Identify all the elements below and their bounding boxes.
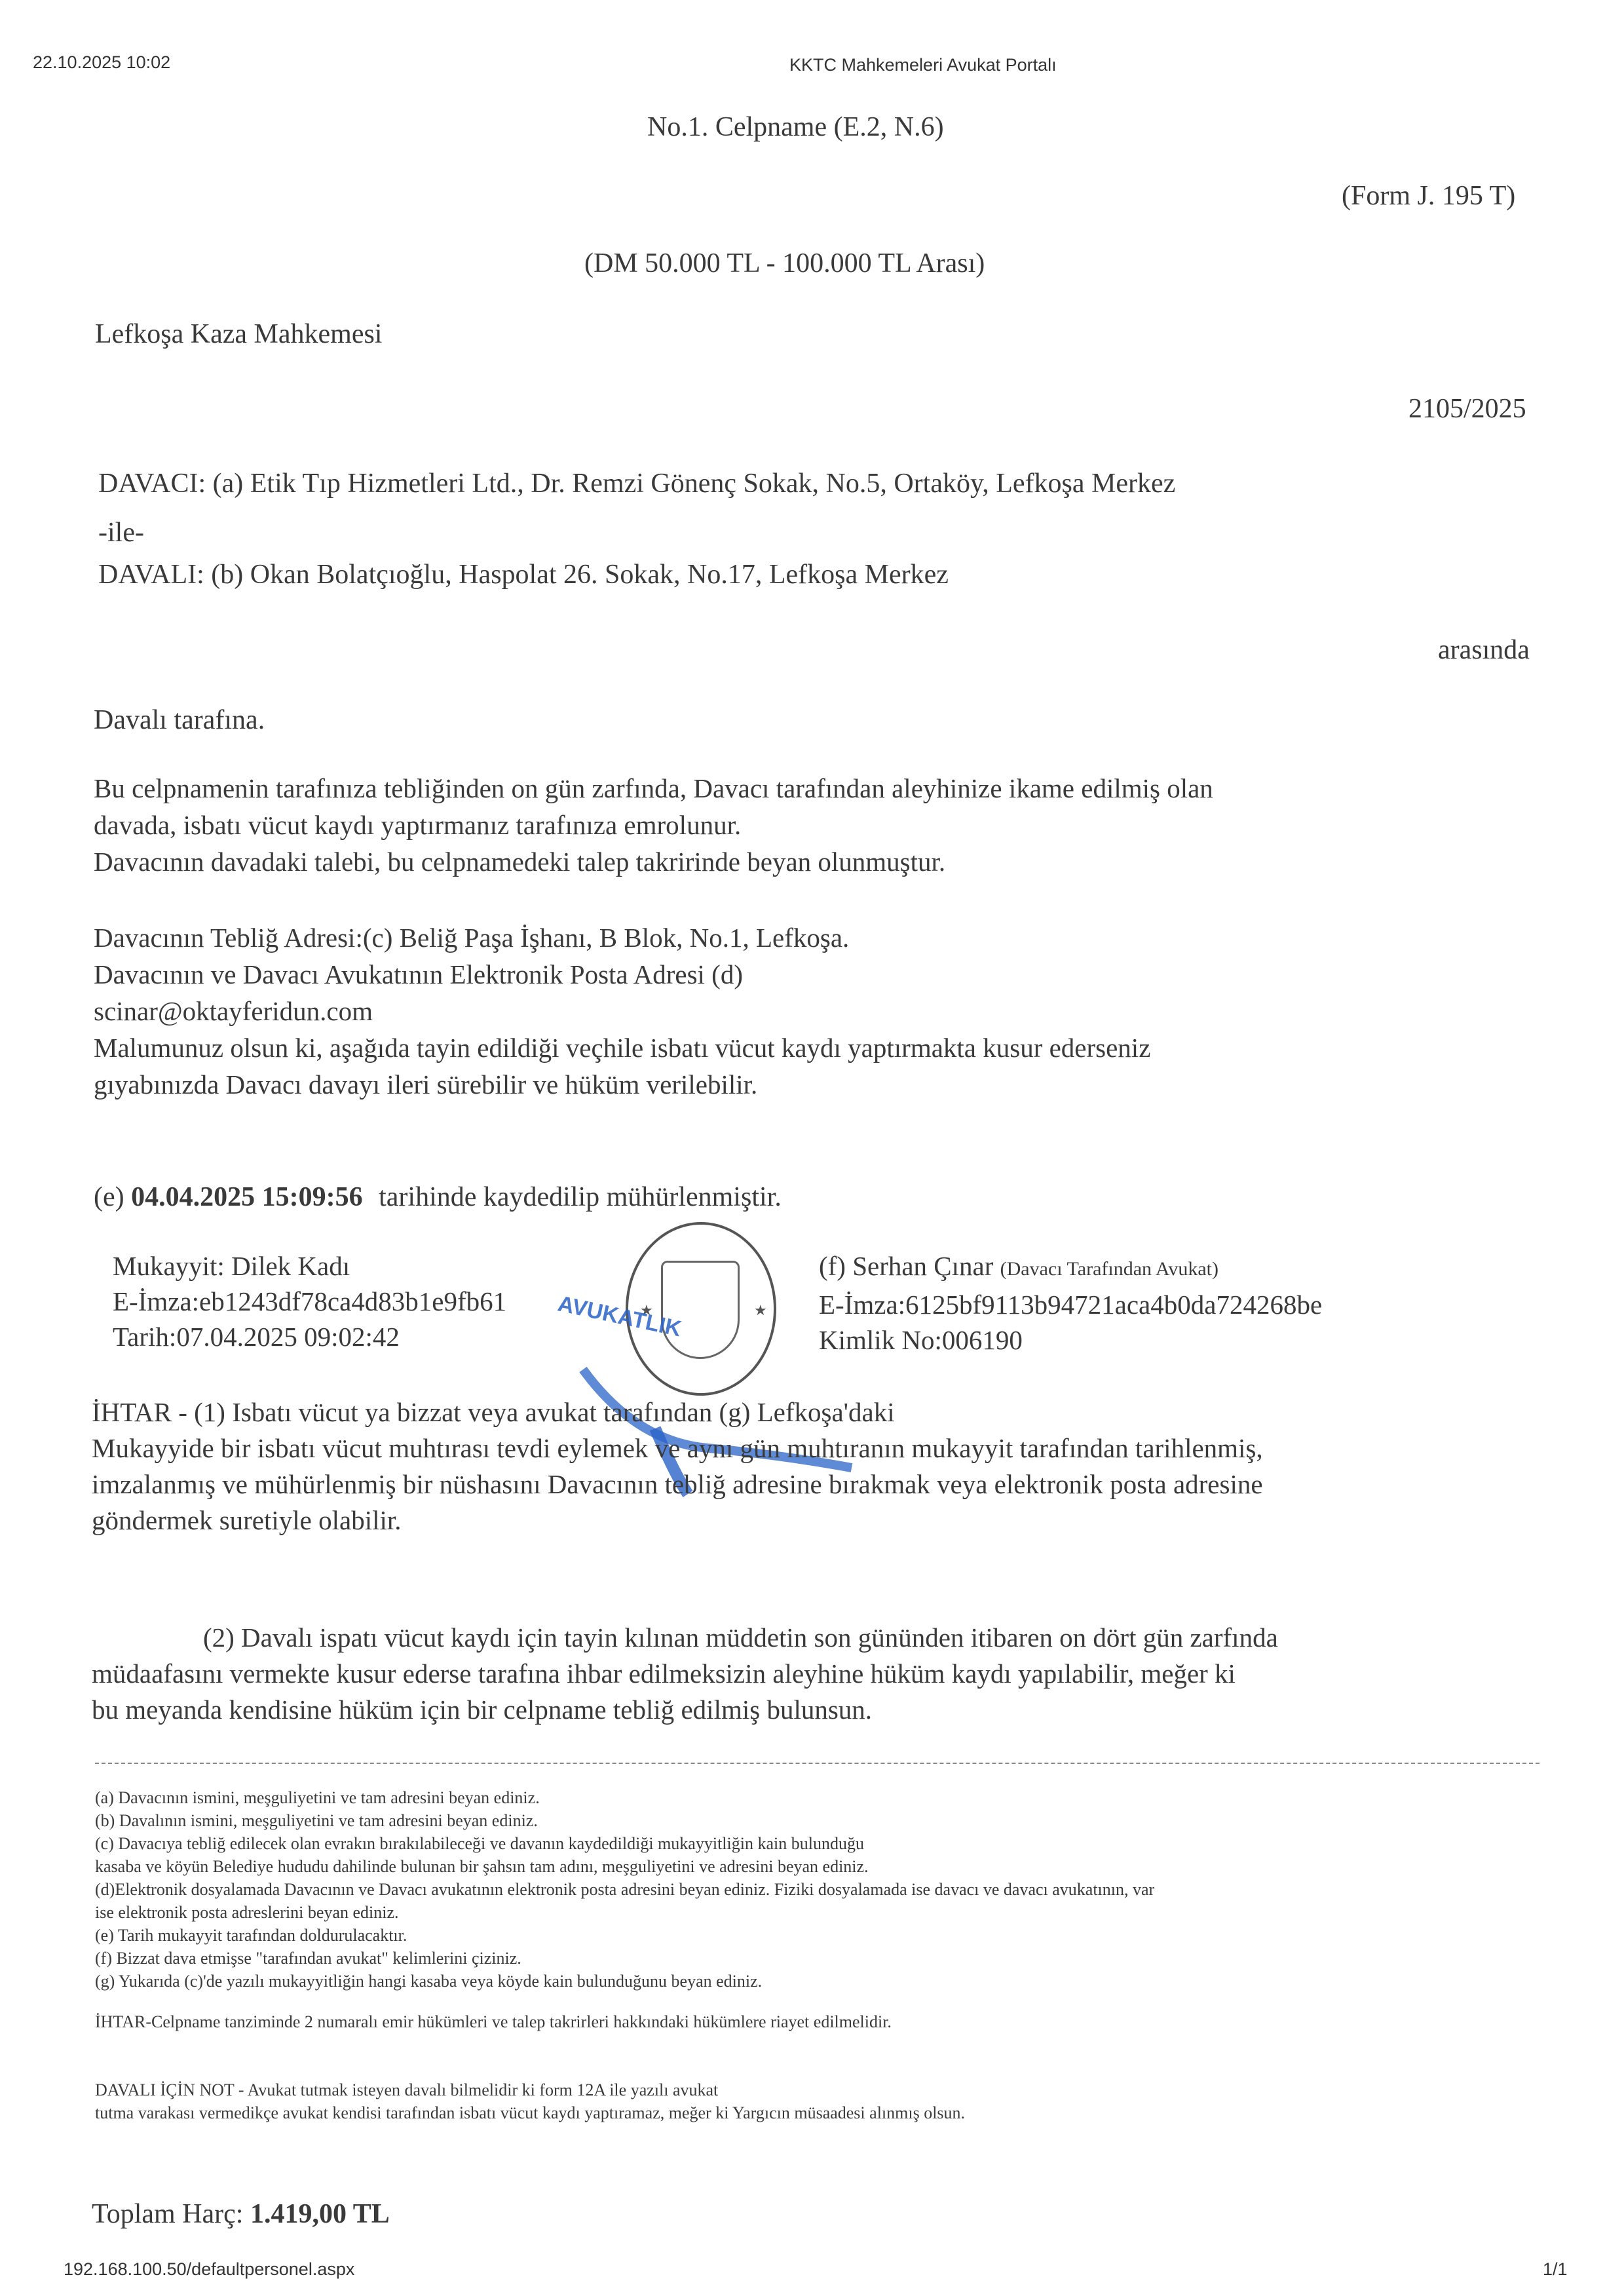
print-page-count: 1/1 <box>1543 2259 1568 2280</box>
registrar-block: Mukayyit: Dilek Kadı E-İmza:eb1243df78ca… <box>113 1248 506 1354</box>
lawyer-esign: E-İmza:6125bf9113b94721aca4b0da724268be <box>819 1287 1322 1322</box>
plaintiff-service-address: Davacının Tebliğ Adresi:(c) Beliğ Paşa İ… <box>94 919 1150 956</box>
warning-line: Mukayyide bir isbatı vücut muhtırası tev… <box>92 1430 1263 1466</box>
registrar-date: Tarih:07.04.2025 09:02:42 <box>113 1319 506 1354</box>
warning-2: (2) Davalı ispatı vücut kaydı için tayin… <box>92 1620 1278 1728</box>
footnote: (c) Davacıya tebliğ edilecek olan evrakı… <box>95 1832 1154 1855</box>
seal-star-icon: ★ <box>754 1302 767 1319</box>
footnote: (b) Davalının ismini, meşguliyetini ve t… <box>95 1809 1154 1832</box>
warning-line: imzalanmış ve mühürlenmiş bir nüshasını … <box>92 1466 1263 1502</box>
notice-line: gıyabınızda Davacı davayı ileri sürebili… <box>94 1066 1150 1103</box>
body-line: Davacının davadaki talebi, bu celpnamede… <box>94 843 1213 880</box>
warning-line: İHTAR - (1) Isbatı vücut ya bizzat veya … <box>92 1394 1263 1430</box>
form-code: (Form J. 195 T) <box>1342 180 1515 212</box>
footnote: (f) Bizzat dava etmişse "tarafından avuk… <box>95 1947 1154 1970</box>
arasinda-label: arasında <box>1438 634 1530 666</box>
lawyer-name: (f) Serhan Çınar <box>819 1251 993 1281</box>
footnote: (e) Tarih mukayyit tarafından doldurulac… <box>95 1924 1154 1947</box>
warning-line: müdaafasını vermekte kusur ederse tarafı… <box>92 1656 1278 1692</box>
total-fee-label: Toplam Harç: <box>92 2199 243 2229</box>
body-paragraph: Bu celpnamenin tarafınıza tebliğinden on… <box>94 770 1213 880</box>
court-name: Lefkoşa Kaza Mahkemesi <box>95 318 382 350</box>
document-title: No.1. Celpname (E.2, N.6) <box>647 111 944 143</box>
footnote: (a) Davacının ismini, meşguliyetini ve t… <box>95 1786 1154 1809</box>
registration-datetime: 04.04.2025 15:09:56 <box>131 1182 362 1212</box>
warning-line: (2) Davalı ispatı vücut kaydı için tayin… <box>92 1620 1278 1656</box>
registration-line: (e) 04.04.2025 15:09:56 tarihinde kayded… <box>94 1181 782 1213</box>
total-fee-value: 1.419,00 TL <box>250 2199 390 2229</box>
value-range: (DM 50.000 TL - 100.000 TL Arası) <box>584 248 985 279</box>
addressee: Davalı tarafına. <box>94 704 265 736</box>
lawyer-block: (f) Serhan Çınar (Davacı Tarafından Avuk… <box>819 1248 1322 1358</box>
footnotes: (a) Davacının ismini, meşguliyetini ve t… <box>95 1786 1154 1993</box>
print-page-title: KKTC Mahkemeleri Avukat Portalı <box>789 55 1057 75</box>
ihtar-note: İHTAR-Celpname tanziminde 2 numaralı emi… <box>95 2010 892 2033</box>
footnote: ise elektronik posta adreslerini beyan e… <box>95 1901 1154 1924</box>
body-line: Bu celpnamenin tarafınıza tebliğinden on… <box>94 770 1213 807</box>
lawyer-role: (Davacı Tarafından Avukat) <box>1000 1258 1218 1280</box>
footnote: (d)Elektronik dosyalamada Davacının ve D… <box>95 1878 1154 1901</box>
footnote: kasaba ve köyün Belediye hududu dahilind… <box>95 1855 1154 1878</box>
print-url: 192.168.100.50/defaultpersonel.aspx <box>64 2259 354 2280</box>
coat-of-arms-icon <box>661 1261 740 1359</box>
footnote-divider <box>95 1763 1539 1764</box>
registration-suffix: tarihinde kaydedilip mühürlenmiştir. <box>379 1182 782 1212</box>
notice-line: Malumunuz olsun ki, aşağıda tayin edildi… <box>94 1029 1150 1066</box>
defendant-note-line: tutma varakası vermedikçe avukat kendisi… <box>95 2101 965 2124</box>
registrar-name: Mukayyit: Dilek Kadı <box>113 1248 506 1284</box>
ile-separator: -ile- <box>98 517 144 548</box>
body-line: davada, isbatı vücut kaydı yaptırmanız t… <box>94 807 1213 843</box>
total-fee: Toplam Harç: 1.419,00 TL <box>92 2198 390 2230</box>
email-label: Davacının ve Davacı Avukatının Elektroni… <box>94 956 1150 993</box>
lawyer-id: Kimlik No:006190 <box>819 1322 1322 1358</box>
warning-line: bu meyanda kendisine hüküm için bir celp… <box>92 1692 1278 1728</box>
registration-prefix: (e) <box>94 1182 124 1212</box>
defendant-line: DAVALI: (b) Okan Bolatçıoğlu, Haspolat 2… <box>98 559 949 590</box>
print-datetime: 22.10.2025 10:02 <box>33 52 170 73</box>
address-block: Davacının Tebliğ Adresi:(c) Beliğ Paşa İ… <box>94 919 1150 1103</box>
footnote: (g) Yukarıda (c)'de yazılı mukayyitliğin… <box>95 1970 1154 1993</box>
registrar-esign: E-İmza:eb1243df78ca4d83b1e9fb61 <box>113 1284 506 1319</box>
plaintiff-line: DAVACI: (a) Etik Tıp Hizmetleri Ltd., Dr… <box>98 468 1175 499</box>
defendant-note-line: DAVALI İÇİN NOT - Avukat tutmak isteyen … <box>95 2078 965 2101</box>
case-number: 2105/2025 <box>1408 393 1526 425</box>
warning-1: İHTAR - (1) Isbatı vücut ya bizzat veya … <box>92 1394 1263 1539</box>
defendant-note: DAVALI İÇİN NOT - Avukat tutmak isteyen … <box>95 2078 965 2124</box>
email-address: scinar@oktayferidun.com <box>94 993 1150 1029</box>
warning-line: göndermek suretiyle olabilir. <box>92 1502 1263 1539</box>
